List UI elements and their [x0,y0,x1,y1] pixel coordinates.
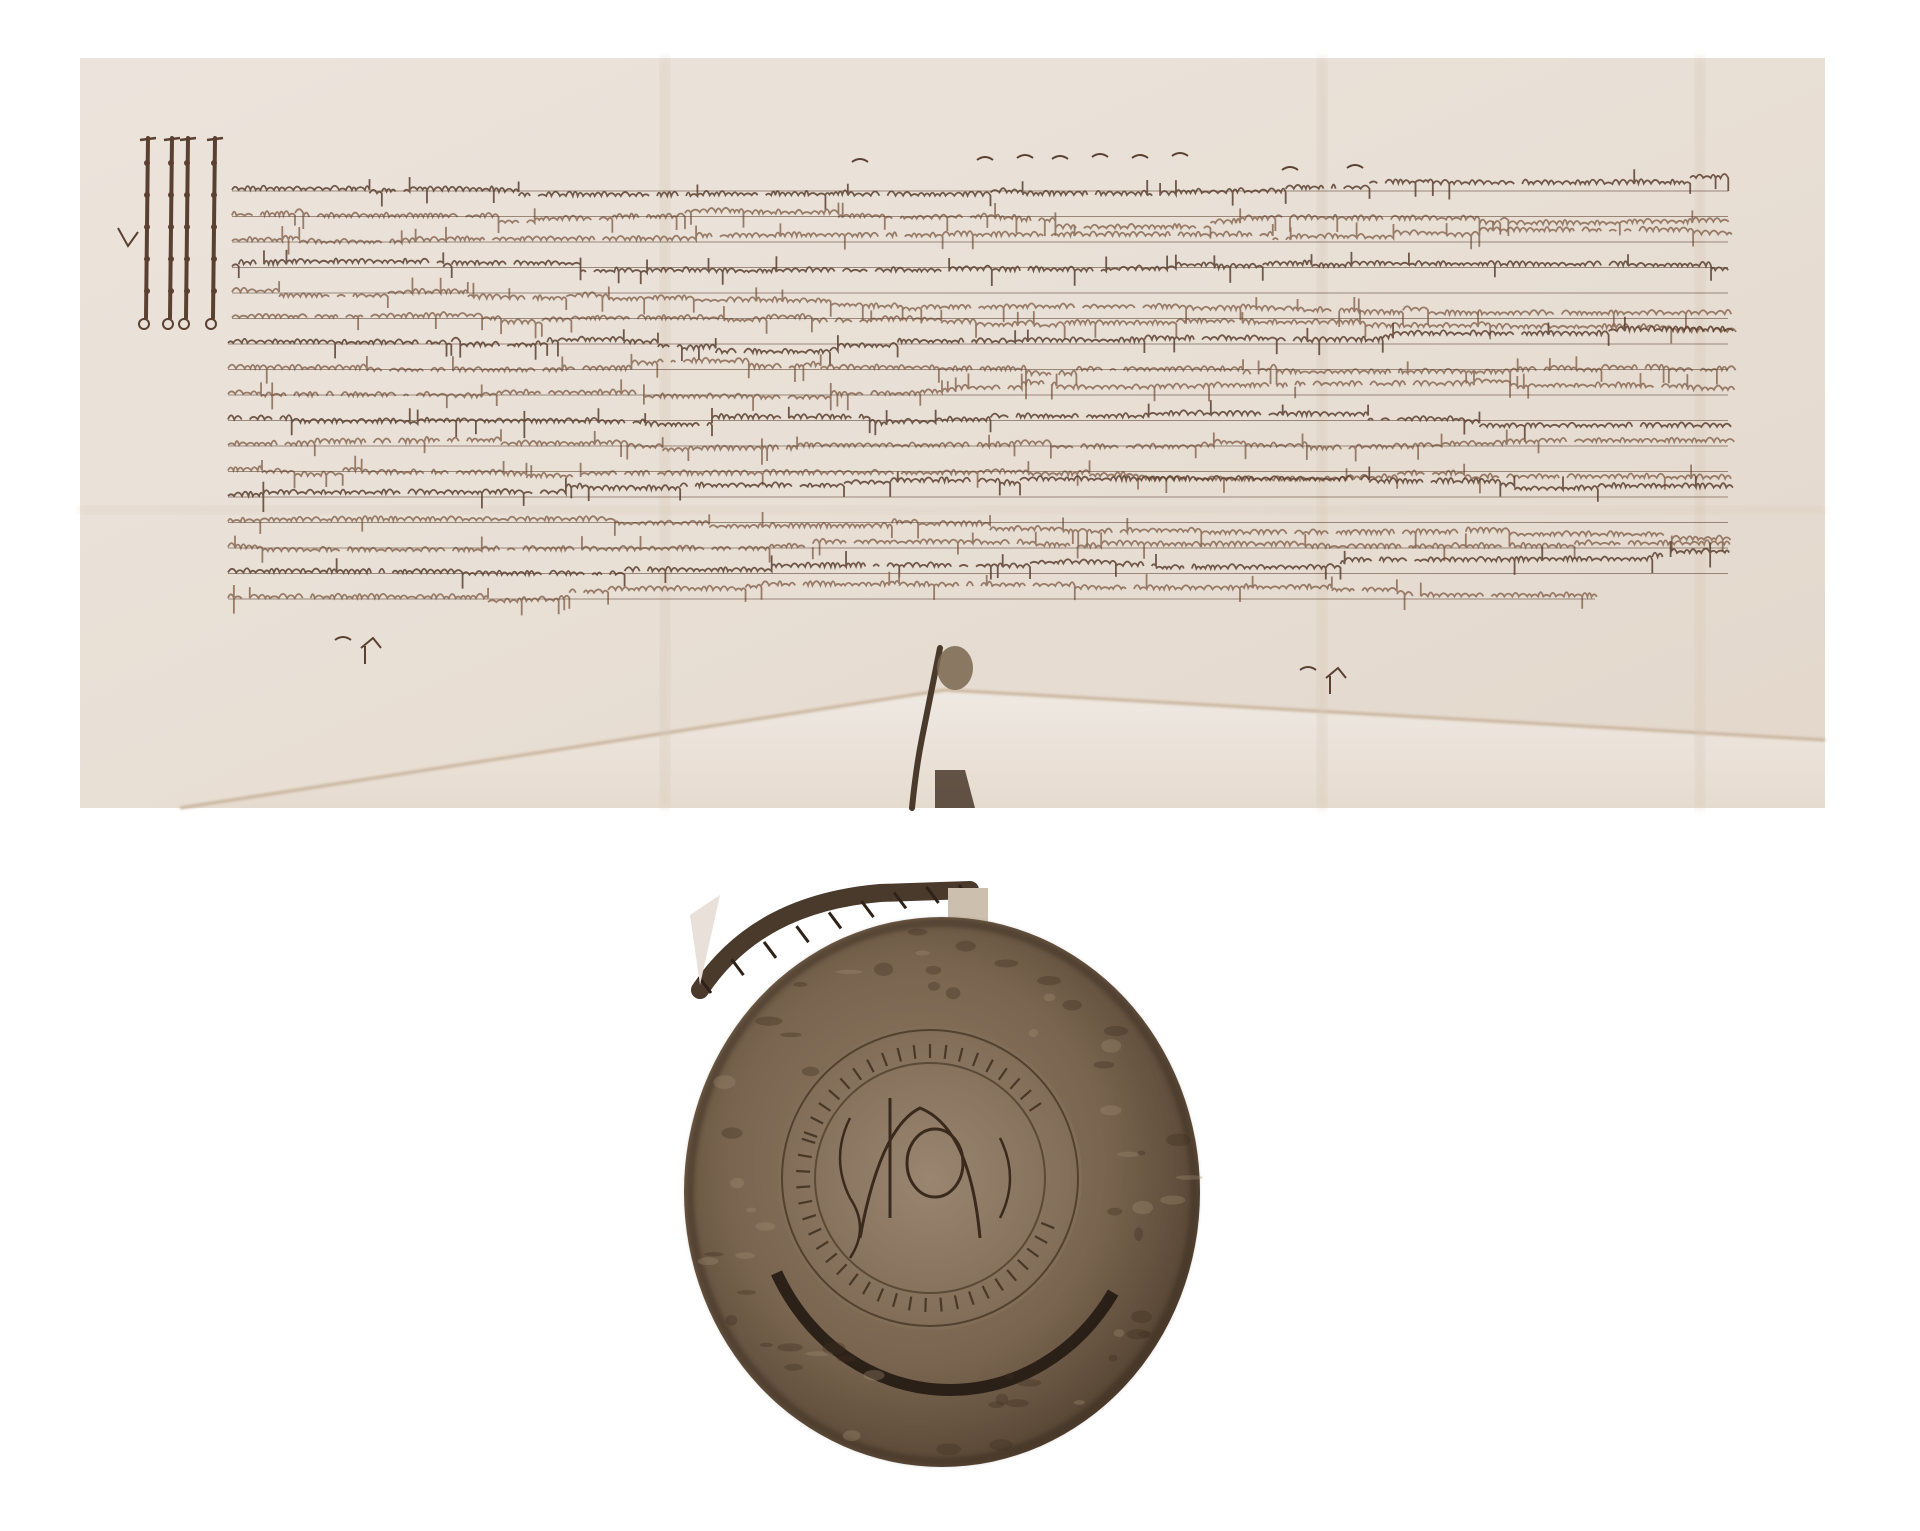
wax-texture [698,1257,719,1265]
wax-texture [746,1208,756,1213]
wax-texture [1074,1400,1085,1405]
wax-texture [780,1032,802,1037]
wax-texture [1063,1000,1082,1011]
wax-texture [1100,1105,1121,1115]
wax-texture [1139,1331,1151,1338]
wax-texture [725,1315,737,1326]
wax-texture [721,1127,742,1138]
wax-texture [755,1017,782,1026]
cord-twist [764,942,776,958]
seal-legend-letter [940,1298,941,1312]
wax-texture [926,966,942,975]
wax-texture [755,1222,775,1231]
wax-texture [735,1252,755,1259]
cord-twist [829,912,841,928]
wax-texture [915,951,930,956]
cord-twist [732,959,744,975]
wax-texture [730,1178,744,1188]
wax-texture [1109,1354,1118,1361]
wax-texture [837,1355,855,1362]
wax-texture [1107,1208,1122,1216]
wax-texture [704,1252,724,1256]
wax-texture [928,982,940,991]
wax-texture [1005,1373,1014,1379]
wax-texture [1176,1175,1203,1180]
wax-texture [1044,994,1056,1002]
wax-texture [1114,1329,1124,1337]
wax-texture [1132,1201,1153,1214]
wax-texture [996,1394,1009,1406]
wax-texture [1037,976,1061,985]
wax-texture [1029,1029,1038,1037]
wax-texture [737,1290,756,1294]
cord-twist [797,926,809,942]
wax-texture [784,1364,803,1371]
seal-legend-letter [796,1171,810,1172]
wax-texture [836,970,863,974]
seal-legend-letter [796,1186,810,1187]
document-photo: Sepia photograph of a handwritten mediev… [0,0,1920,1531]
wax-texture [802,1067,819,1077]
wax-texture [1117,1152,1140,1157]
wax-texture [946,987,961,999]
wax-texture [1104,1026,1128,1036]
wax-texture [1137,1151,1145,1156]
wax-texture [1134,1227,1143,1241]
wax-texture [989,1439,1012,1450]
wax-texture [1166,1134,1191,1146]
wax-texture [822,1342,846,1355]
wax-texture [1017,1379,1042,1386]
wax-texture [908,929,927,936]
wax-texture [956,941,976,952]
wax-texture [1006,1399,1029,1407]
wax-texture [713,1075,735,1089]
wax-texture [1160,1196,1185,1205]
wax-texture [1101,1039,1121,1052]
wax-texture [936,1443,961,1454]
wax-texture [760,1343,773,1347]
wax-texture [843,1430,861,1441]
seal-impression [778,1026,1082,1330]
cord-twist [862,901,874,917]
wax-texture [1093,1061,1114,1068]
wax-texture [777,1343,803,1351]
wax-texture [793,982,807,987]
wax-texture [863,1370,884,1381]
wax-seal [0,0,1920,1531]
wax-texture [994,959,1018,967]
wax-texture [1131,1311,1152,1324]
wax-texture [874,963,893,976]
